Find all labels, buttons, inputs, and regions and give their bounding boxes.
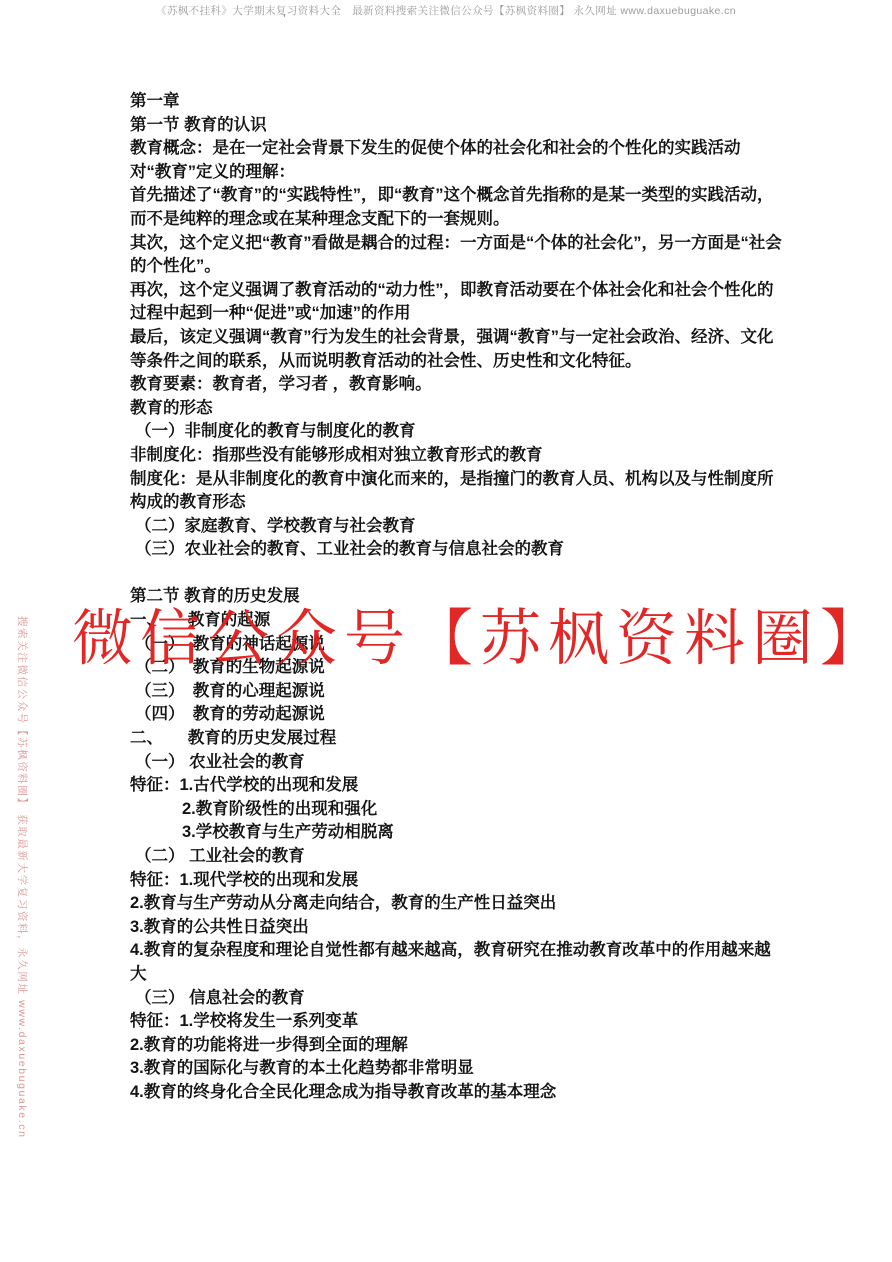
text-line: （三） 信息社会的教育 bbox=[130, 987, 830, 1011]
text-line: （三） 教育的心理起源说 bbox=[130, 680, 830, 704]
text-line: 其次，这个定义把“教育”看做是耦合的过程：一方面是“个体的社会化”，另一方面是“… bbox=[130, 232, 830, 256]
text-line: 教育要素：教育者，学习者 ，教育影响。 bbox=[130, 373, 830, 397]
text-line: 二、 教育的历史发展过程 bbox=[130, 727, 830, 751]
text-line: 最后，该定义强调“教育”行为发生的社会背景，强调“教育”与一定社会政治、经济、文… bbox=[130, 326, 830, 350]
text-line: 2.教育与生产劳动从分离走向结合，教育的生产性日益突出 bbox=[130, 892, 830, 916]
text-line: 的个性化”。 bbox=[130, 255, 830, 279]
red-stamp-watermark: 微信公众号【苏枫资料圈】 bbox=[72, 590, 888, 677]
text-line: 制度化：是从非制度化的教育中演化而来的，是指撞门的教育人员、机构以及与性制度所 bbox=[130, 468, 830, 492]
text-line: 特征：1.现代学校的出现和发展 bbox=[130, 869, 830, 893]
text-line: 第一章 bbox=[130, 90, 830, 114]
text-line: （二） 工业社会的教育 bbox=[130, 845, 830, 869]
text-line: 2.教育阶级性的出现和强化 bbox=[130, 798, 830, 822]
left-side-watermark: 搜索关注微信公众号【苏枫资料圈】 获取最新大学复习资料，永久网址 www.dax… bbox=[15, 616, 30, 1139]
text-line: （三）农业社会的教育、工业社会的教育与信息社会的教育 bbox=[130, 538, 830, 562]
text-line: （一） 农业社会的教育 bbox=[130, 751, 830, 775]
text-line: 教育的形态 bbox=[130, 397, 830, 421]
text-line: 4.教育的终身化合全民化理念成为指导教育改革的基本理念 bbox=[130, 1081, 830, 1105]
text-line: 首先描述了“教育”的“实践特性”，即“教育”这个概念首先指称的是某一类型的实践活… bbox=[130, 184, 830, 208]
text-line: 2.教育的功能将进一步得到全面的理解 bbox=[130, 1034, 830, 1058]
text-line: 等条件之间的联系，从而说明教育活动的社会性、历史性和文化特征。 bbox=[130, 350, 830, 374]
text-line: （二）家庭教育、学校教育与社会教育 bbox=[130, 515, 830, 539]
text-line: 教育概念：是在一定社会背景下发生的促使个体的社会化和社会的个性化的实践活动 bbox=[130, 137, 830, 161]
text-line: 而不是纯粹的理念或在某种理念支配下的一套规则。 bbox=[130, 208, 830, 232]
text-line: （一）非制度化的教育与制度化的教育 bbox=[130, 420, 830, 444]
text-line: 再次，这个定义强调了教育活动的“动力性”，即教育活动要在个体社会化和社会个性化的 bbox=[130, 279, 830, 303]
text-line: 非制度化：指那些没有能够形成相对独立教育形式的教育 bbox=[130, 444, 830, 468]
text-line: 过程中起到一种“促进”或“加速”的作用 bbox=[130, 302, 830, 326]
text-line: 大 bbox=[130, 963, 830, 987]
text-line: 4.教育的复杂程度和理论自觉性都有越来越高，教育研究在推动教育改革中的作用越来越 bbox=[130, 939, 830, 963]
document-page: { "header": { "text": "《苏枫不挂科》大学期末复习资料大全… bbox=[0, 0, 892, 1262]
text-line bbox=[130, 562, 830, 586]
stray-punctuation-mark: ’ bbox=[283, 12, 286, 26]
page-header-text: 《苏枫不挂科》大学期末复习资料大全 最新资料搜索关注微信公众号【苏枫资料圈】 永… bbox=[0, 3, 892, 18]
text-line: （四） 教育的劳动起源说 bbox=[130, 703, 830, 727]
text-line: 3.教育的公共性日益突出 bbox=[130, 916, 830, 940]
text-line: 3.教育的国际化与教育的本土化趋势都非常明显 bbox=[130, 1057, 830, 1081]
text-line: 第一节 教育的认识 bbox=[130, 114, 830, 138]
text-line: 构成的教育形态 bbox=[130, 491, 830, 515]
text-line: 3.学校教育与生产劳动相脱离 bbox=[130, 821, 830, 845]
text-line: 特征：1.学校将发生一系列变革 bbox=[130, 1010, 830, 1034]
text-line: 对“教育”定义的理解： bbox=[130, 161, 830, 185]
text-line: 特征：1.古代学校的出现和发展 bbox=[130, 774, 830, 798]
